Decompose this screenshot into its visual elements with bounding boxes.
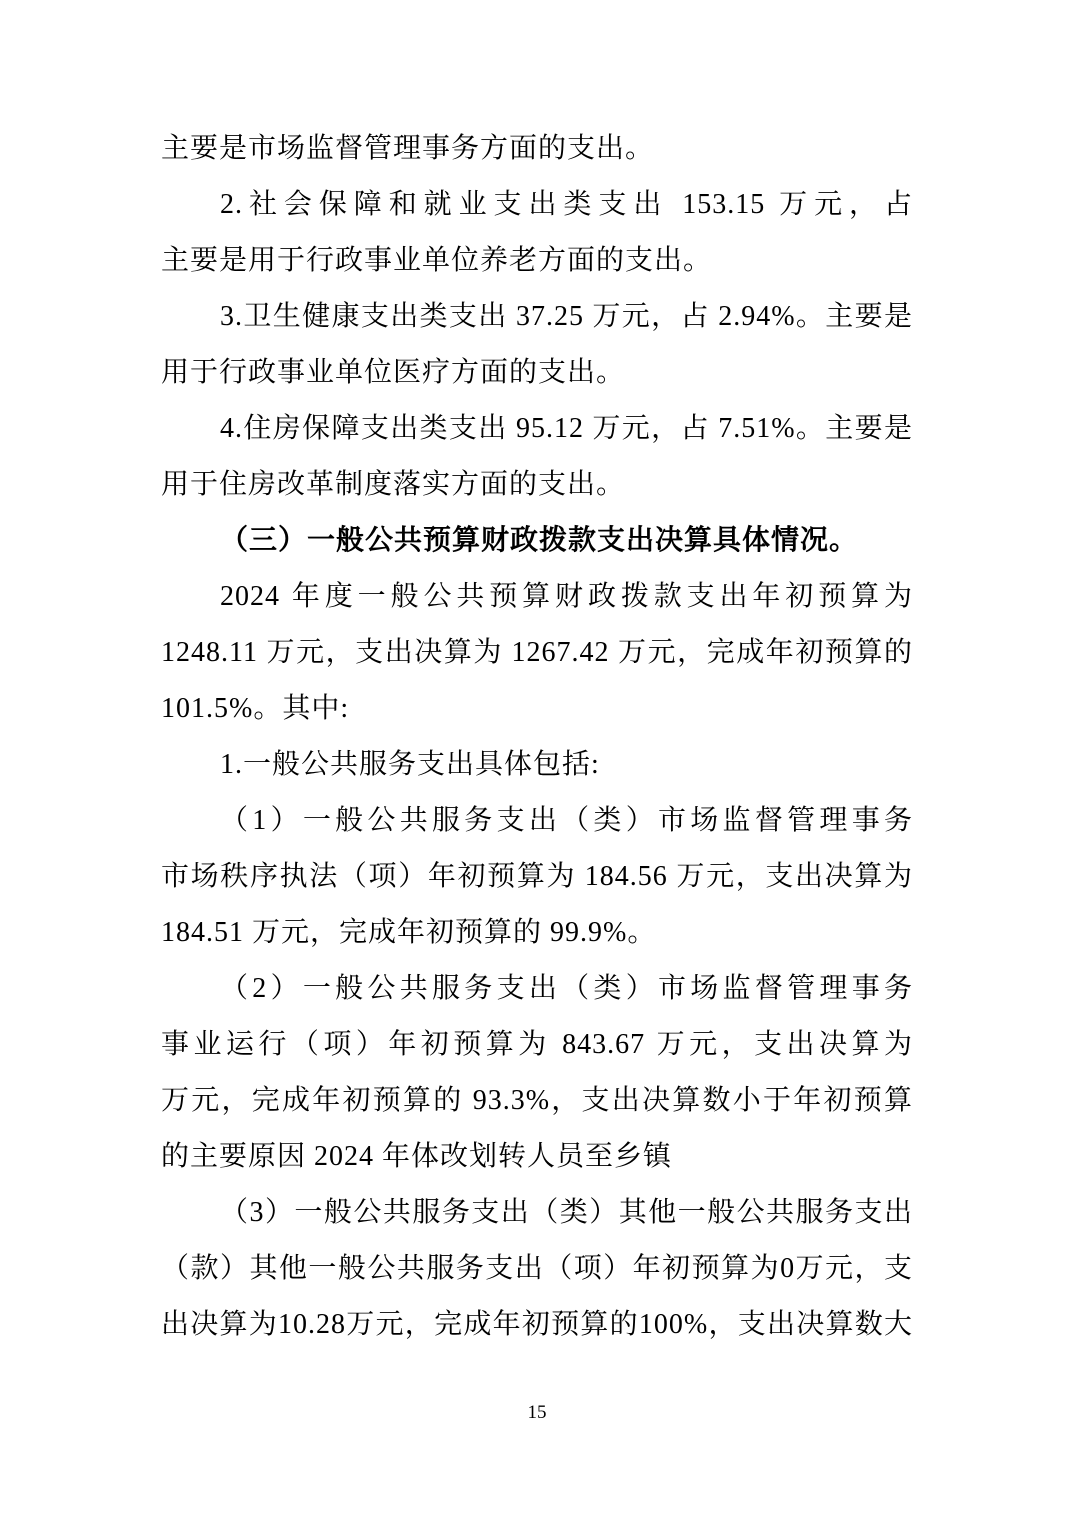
- text-line: 2024 年度一般公共预算财政拨款支出年初预算为: [161, 569, 913, 625]
- text-line: 184.51 万元，完成年初预算的 99.9%。: [161, 905, 913, 961]
- text-line: 101.5%。其中:: [161, 681, 913, 737]
- document-text-block: 主要是市场监督管理事务方面的支出。2.社会保障和就业支出类支出 153.15 万…: [161, 121, 913, 1353]
- text-line: 3.卫生健康支出类支出 37.25 万元，占 2.94%。主要是: [161, 289, 913, 345]
- text-line: 的主要原因 2024 年体改划转人员至乡镇: [161, 1129, 913, 1185]
- text-line: 用于行政事业单位医疗方面的支出。: [161, 345, 913, 401]
- text-line: 主要是市场监督管理事务方面的支出。: [161, 121, 913, 177]
- text-line: 1248.11 万元，支出决算为 1267.42 万元，完成年初预算的: [161, 625, 913, 681]
- text-line: 事业运行（项）年初预算为 843.67 万元，支出决算为 787.12: [161, 1017, 913, 1073]
- page-number: 15: [0, 1398, 1074, 1428]
- text-line: （2）一般公共服务支出（类）市场监督管理事务（款）: [161, 961, 913, 1017]
- document-page: 主要是市场监督管理事务方面的支出。2.社会保障和就业支出类支出 153.15 万…: [0, 0, 1074, 1520]
- text-line: 1.一般公共服务支出具体包括:: [161, 737, 913, 793]
- text-line: （三）一般公共预算财政拨款支出决算具体情况。: [161, 513, 913, 569]
- text-line: 4.住房保障支出类支出 95.12 万元，占 7.51%。主要是: [161, 401, 913, 457]
- text-line: 市场秩序执法（项）年初预算为 184.56 万元，支出决算为: [161, 849, 913, 905]
- text-line: （3）一般公共服务支出（类）其他一般公共服务支出: [161, 1185, 913, 1241]
- text-line: 主要是用于行政事业单位养老方面的支出。: [161, 233, 913, 289]
- text-line: 2.社会保障和就业支出类支出 153.15 万元，占 12.09%。: [161, 177, 913, 233]
- text-line: 万元，完成年初预算的 93.3%，支出决算数小于年初预算数: [161, 1073, 913, 1129]
- text-line: 用于住房改革制度落实方面的支出。: [161, 457, 913, 513]
- text-line: （1）一般公共服务支出（类）市场监督管理事务（款）: [161, 793, 913, 849]
- text-line: （款）其他一般公共服务支出（项）年初预算为0万元，支: [161, 1241, 913, 1297]
- text-line: 出决算为10.28万元，完成年初预算的100%，支出决算数大: [161, 1297, 913, 1353]
